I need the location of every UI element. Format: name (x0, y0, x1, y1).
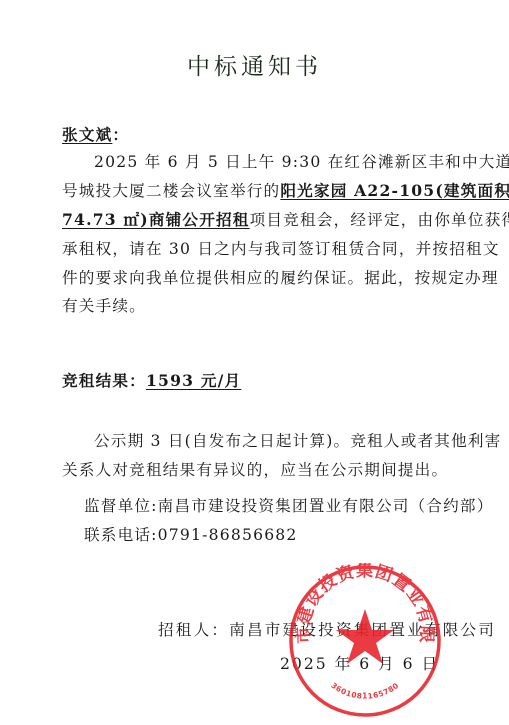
notice-line-2: 关系人对竞租结果有异议的，应当在公示期间提出。 (62, 458, 448, 480)
document-title: 中标通知书 (0, 48, 509, 81)
project-name-cont: 74.73 ㎡)商铺公开招租 (62, 210, 250, 229)
addressee-name: 张文斌 (62, 125, 112, 144)
body-line-2: 号城投大厦二楼会议室举行的阳光家园 A22-105(建筑面积 (62, 179, 509, 201)
bid-result: 竞租结果：1593 元/月 (62, 369, 241, 391)
body-line-3-text: 项目竞租会，经评定，由你单位获得 (250, 211, 509, 229)
addressee: 张文斌： (62, 123, 129, 145)
body-line-6: 有关手续。 (62, 294, 146, 316)
body-line-4: 承租权，请在 30 日之内与我司签订租赁合同，并按招租文 (62, 237, 500, 259)
svg-text:3601081165780: 3601081165780 (329, 681, 400, 701)
body-line-3: 74.73 ㎡)商铺公开招租项目竞租会，经评定，由你单位获得 (62, 208, 509, 230)
body-line-2-text: 号城投大厦二楼会议室举行的 (62, 182, 280, 200)
addressee-colon: ： (112, 125, 129, 144)
notice-document: 中标通知书 张文斌： 2025 年 6 月 5 日上午 9:30 在红谷滩新区丰… (0, 0, 509, 725)
body-line-5: 件的要求向我单位提供相应的履约保证。据此，按规定办理 (62, 266, 499, 288)
company-seal-icon: 南昌市建设投资集团置业有限公司 3601081165780 (287, 563, 443, 719)
notice-line-1: 公示期 3 日(自发布之日起计算)。竞租人或者其他利害 (94, 429, 501, 451)
body-line-1: 2025 年 6 月 5 日上午 9:30 在红谷滩新区丰和中大道 456 (94, 150, 509, 172)
project-name: 阳光家园 A22-105(建筑面积 (280, 181, 509, 200)
supervision-unit: 监督单位:南昌市建设投资集团置业有限公司（合约部） (84, 494, 494, 516)
contact-phone: 联系电话:0791-86856682 (84, 523, 298, 545)
bid-result-value: 1593 元/月 (146, 371, 241, 390)
bid-result-label: 竞租结果： (62, 371, 146, 390)
